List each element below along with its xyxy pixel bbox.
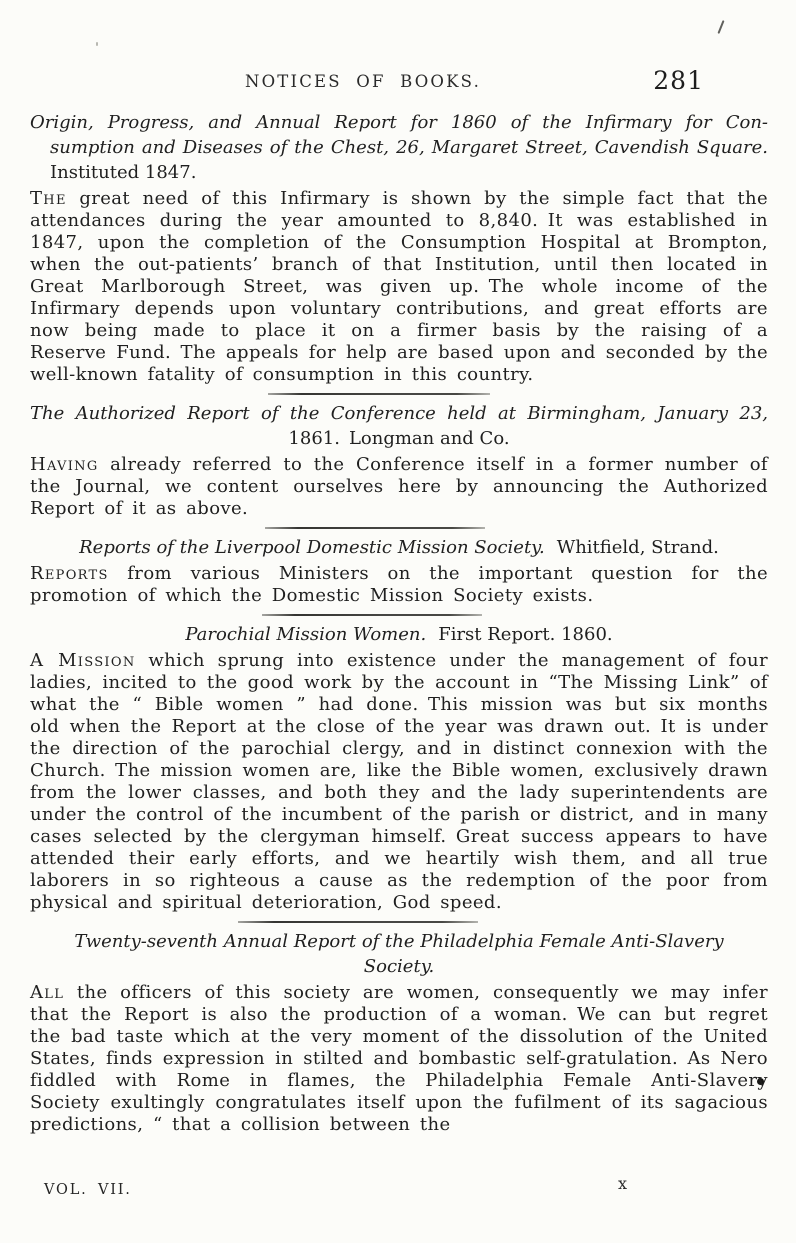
text-column: Origin, Progress, and Annual Report for … bbox=[30, 110, 768, 1136]
section-anti-slavery-report: Twenty-seventh Annual Report of the Phil… bbox=[30, 929, 768, 1136]
lead-word: Having bbox=[30, 454, 99, 475]
heading-line: Parochial Mission Women.First Report. 18… bbox=[30, 622, 768, 647]
body-paragraph: A Mission which sprung into existence un… bbox=[30, 650, 768, 914]
heading-italic: Reports of the Liverpool Domestic Missio… bbox=[79, 537, 545, 558]
heading-line: Reports of the Liverpool Domestic Missio… bbox=[30, 535, 768, 560]
lead-word: Reports bbox=[30, 563, 109, 584]
section-parochial-mission-women: Parochial Mission Women.First Report. 18… bbox=[30, 622, 768, 914]
lead-word: All bbox=[30, 982, 64, 1003]
heading-line: sumption and Diseases of the Chest, 26, … bbox=[30, 135, 768, 160]
section-divider bbox=[268, 393, 490, 395]
volume-label: VOL. VII. bbox=[44, 1182, 132, 1198]
heading-line: Society. bbox=[30, 954, 768, 979]
scanned-book-page: NOTICES OF BOOKS. 281 Origin, Progress, … bbox=[0, 0, 796, 1243]
lead-word: A Mission bbox=[30, 650, 136, 671]
heading-roman: Whitfield, Strand. bbox=[557, 537, 719, 558]
paragraph-text: already referred to the Conference itsel… bbox=[30, 454, 768, 519]
heading-line: Instituted 1847. bbox=[30, 160, 768, 185]
page-number: 281 bbox=[653, 66, 704, 95]
heading-italic: Parochial Mission Women. bbox=[185, 624, 426, 645]
section-divider bbox=[238, 921, 478, 923]
paragraph-text: the officers of this society are women, … bbox=[30, 982, 768, 1135]
body-paragraph: The great need of this Infirmary is show… bbox=[30, 188, 768, 386]
section-infirmary-report: Origin, Progress, and Annual Report for … bbox=[30, 110, 768, 386]
body-paragraph: All the officers of this society are wom… bbox=[30, 982, 768, 1136]
running-head: NOTICES OF BOOKS. 281 bbox=[30, 72, 768, 102]
lead-word: The bbox=[30, 188, 67, 209]
scan-speck bbox=[96, 42, 98, 46]
body-paragraph: Having already referred to the Conferenc… bbox=[30, 454, 768, 520]
section-divider bbox=[262, 614, 482, 616]
body-paragraph: Reports from various Ministers on the im… bbox=[30, 563, 768, 607]
section-conference-report: The Authorized Report of the Conference … bbox=[30, 401, 768, 520]
heading-line: The Authorized Report of the Conference … bbox=[30, 401, 768, 426]
paragraph-text: from various Ministers on the important … bbox=[30, 563, 768, 606]
section-liverpool-mission: Reports of the Liverpool Domestic Missio… bbox=[30, 535, 768, 607]
heading-roman: First Report. 1860. bbox=[438, 624, 612, 645]
heading-line: Origin, Progress, and Annual Report for … bbox=[30, 110, 768, 135]
signature-mark: x bbox=[618, 1174, 627, 1193]
paragraph-text: which sprung into existence under the ma… bbox=[30, 650, 768, 913]
heading-line: 1861. Longman and Co. bbox=[30, 426, 768, 451]
scan-scratch-mark bbox=[717, 20, 724, 34]
section-divider bbox=[265, 527, 485, 529]
heading-line: Twenty-seventh Annual Report of the Phil… bbox=[30, 929, 768, 954]
paragraph-text: great need of this Infirmary is shown by… bbox=[30, 188, 768, 385]
